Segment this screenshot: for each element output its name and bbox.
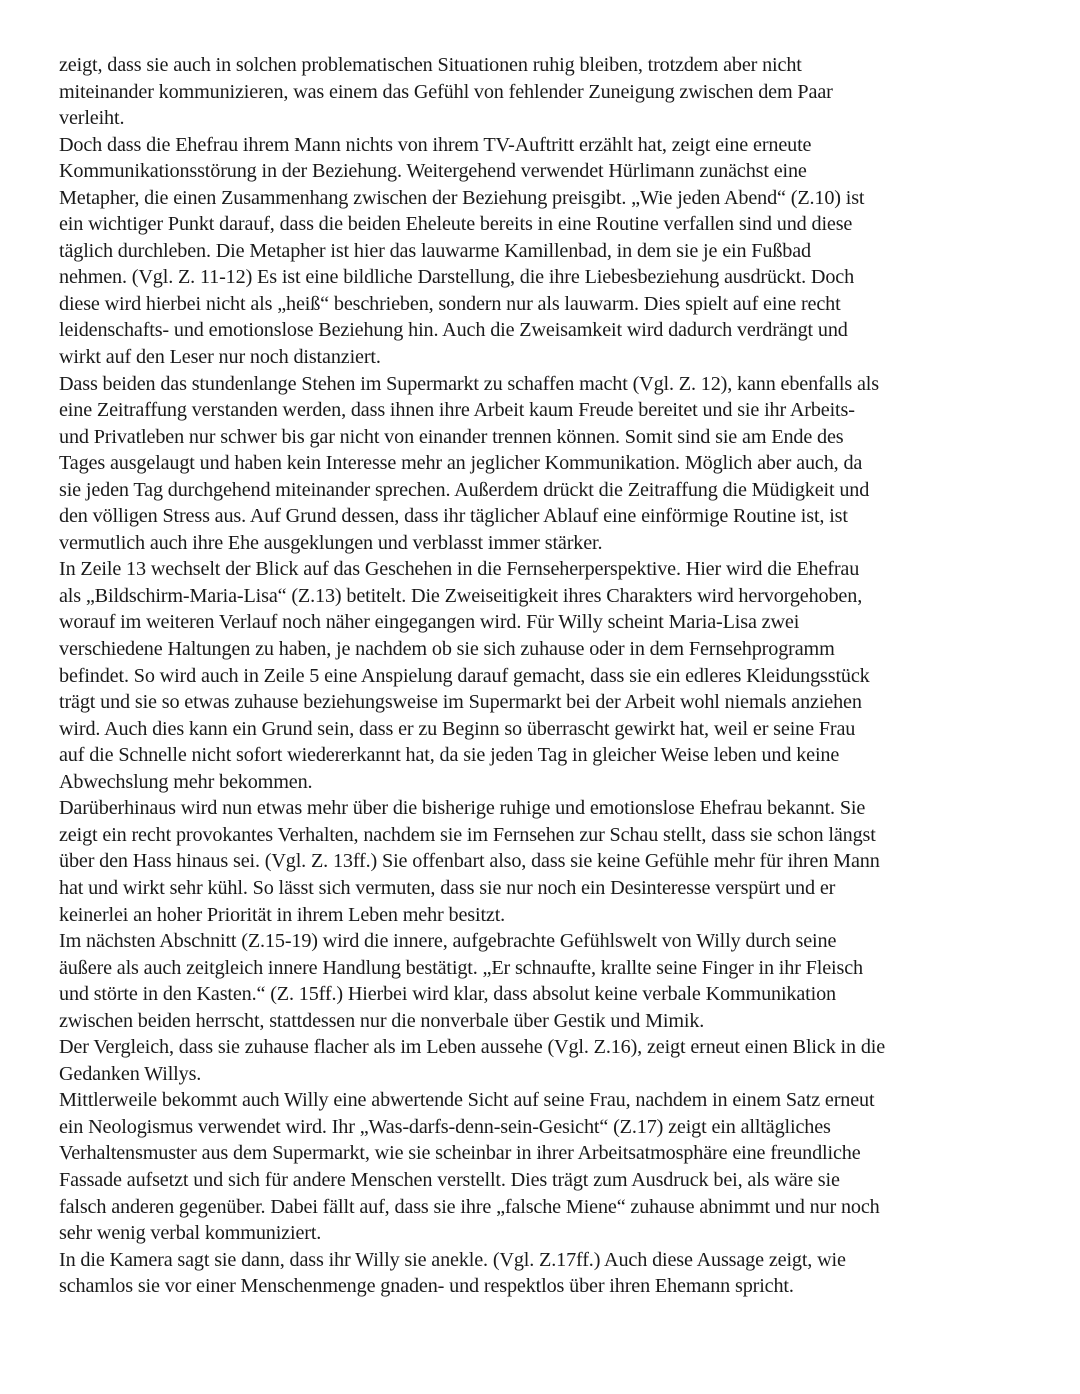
text-line: In Zeile 13 wechselt der Blick auf das G… xyxy=(59,556,1039,583)
paragraph-provocative-wife: Darüberhinaus wird nun etwas mehr über d… xyxy=(59,795,1039,928)
text-line: Dass beiden das stundenlange Stehen im S… xyxy=(59,371,1039,398)
text-line: sehr wenig verbal kommuniziert. xyxy=(59,1220,1039,1247)
text-line: den völligen Stress aus. Auf Grund desse… xyxy=(59,503,1039,530)
text-line: Mittlerweile bekommt auch Willy eine abw… xyxy=(59,1087,1039,1114)
paragraph-metaphor: Doch dass die Ehefrau ihrem Mann nichts … xyxy=(59,132,1039,371)
text-line: Fassade aufsetzt und sich für andere Men… xyxy=(59,1167,1039,1194)
paragraph-communication-calm: zeigt, dass sie auch in solchen problema… xyxy=(59,52,1039,132)
text-line: verleiht. xyxy=(59,105,1039,132)
text-line: nehmen. (Vgl. Z. 11-12) Es ist eine bild… xyxy=(59,264,1039,291)
text-line: zeigt, dass sie auch in solchen problema… xyxy=(59,52,1039,79)
text-line: Verhaltensmuster aus dem Supermarkt, wie… xyxy=(59,1140,1039,1167)
text-line: Metapher, die einen Zusammenhang zwische… xyxy=(59,185,1039,212)
text-line: eine Zeitraffung verstanden werden, dass… xyxy=(59,397,1039,424)
text-line: und störte in den Kasten.“ (Z. 15ff.) Hi… xyxy=(59,981,1039,1008)
text-line: Darüberhinaus wird nun etwas mehr über d… xyxy=(59,795,1039,822)
text-line: zeigt ein recht provokantes Verhalten, n… xyxy=(59,822,1039,849)
text-line: ein wichtiger Punkt darauf, dass die bei… xyxy=(59,211,1039,238)
text-line: Gedanken Willys. xyxy=(59,1061,1039,1088)
text-line: Doch dass die Ehefrau ihrem Mann nichts … xyxy=(59,132,1039,159)
paragraph-camera: In die Kamera sagt sie dann, dass ihr Wi… xyxy=(59,1247,1039,1300)
text-line: sie jeden Tag durchgehend miteinander sp… xyxy=(59,477,1039,504)
text-line: Abwechslung mehr bekommen. xyxy=(59,769,1039,796)
text-line: zwischen beiden herrscht, stattdessen nu… xyxy=(59,1008,1039,1035)
text-line: wird. Auch dies kann ein Grund sein, das… xyxy=(59,716,1039,743)
text-line: Der Vergleich, dass sie zuhause flacher … xyxy=(59,1034,1039,1061)
text-line: Tages ausgelaugt und haben kein Interess… xyxy=(59,450,1039,477)
text-line: verschiedene Haltungen zu haben, je nach… xyxy=(59,636,1039,663)
text-line: befindet. So wird auch in Zeile 5 eine A… xyxy=(59,663,1039,690)
text-line: miteinander kommunizieren, was einem das… xyxy=(59,79,1039,106)
text-line: trägt und sie so etwas zuhause beziehung… xyxy=(59,689,1039,716)
paragraph-willy-feelings: Im nächsten Abschnitt (Z.15-19) wird die… xyxy=(59,928,1039,1034)
text-line: ein Neologismus verwendet wird. Ihr „Was… xyxy=(59,1114,1039,1141)
text-line: keinerlei an hoher Priorität in ihrem Le… xyxy=(59,902,1039,929)
text-line: täglich durchleben. Die Metapher ist hie… xyxy=(59,238,1039,265)
text-line: äußere als auch zeitgleich innere Handlu… xyxy=(59,955,1039,982)
text-line: schamlos sie vor einer Menschenmenge gna… xyxy=(59,1273,1039,1300)
text-line: Im nächsten Abschnitt (Z.15-19) wird die… xyxy=(59,928,1039,955)
text-line: auf die Schnelle nicht sofort wiedererka… xyxy=(59,742,1039,769)
paragraph-comparison: Der Vergleich, dass sie zuhause flacher … xyxy=(59,1034,1039,1087)
text-line: leidenschafts- und emotionslose Beziehun… xyxy=(59,317,1039,344)
paragraph-zeitraffung: Dass beiden das stundenlange Stehen im S… xyxy=(59,371,1039,557)
text-line: wirkt auf den Leser nur noch distanziert… xyxy=(59,344,1039,371)
text-line: hat und wirkt sehr kühl. So lässt sich v… xyxy=(59,875,1039,902)
text-line: falsch anderen gegenüber. Dabei fällt au… xyxy=(59,1194,1039,1221)
text-line: In die Kamera sagt sie dann, dass ihr Wi… xyxy=(59,1247,1039,1274)
text-line: worauf im weiteren Verlauf noch näher ei… xyxy=(59,609,1039,636)
text-line: als „Bildschirm-Maria-Lisa“ (Z.13) betit… xyxy=(59,583,1039,610)
text-line: Kommunikationsstörung in der Beziehung. … xyxy=(59,158,1039,185)
document-page: zeigt, dass sie auch in solchen problema… xyxy=(59,52,1039,1300)
text-line: diese wird hierbei nicht als „heiß“ besc… xyxy=(59,291,1039,318)
text-line: und Privatleben nur schwer bis gar nicht… xyxy=(59,424,1039,451)
paragraph-tv-perspective: In Zeile 13 wechselt der Blick auf das G… xyxy=(59,556,1039,795)
text-line: vermutlich auch ihre Ehe ausgeklungen un… xyxy=(59,530,1039,557)
text-line: über den Hass hinaus sei. (Vgl. Z. 13ff.… xyxy=(59,848,1039,875)
paragraph-neologism: Mittlerweile bekommt auch Willy eine abw… xyxy=(59,1087,1039,1246)
